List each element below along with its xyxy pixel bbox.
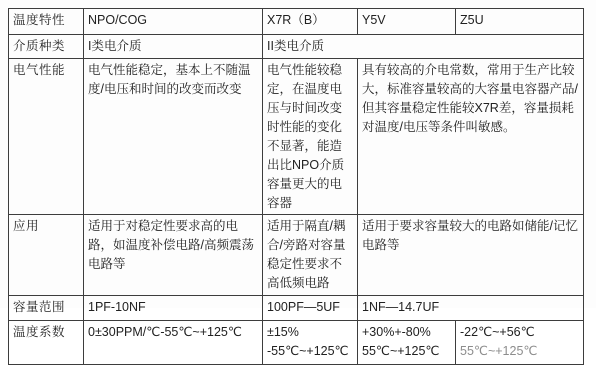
- coefficient-x7r-line2: -55℃~+125℃: [267, 342, 354, 361]
- cell-header-npo: NPO/COG: [84, 9, 263, 35]
- cell-coefficient-z5u: -22℃~+56℃ 55℃~+125℃: [456, 321, 584, 365]
- row-application: 应用 适用于对稳定性要求高的电路，如温度补偿电路/高频震荡电路等 适用于隔直/耦…: [9, 215, 584, 296]
- cell-performance-y5v-z5u: 具有较高的介电常数，常用于生产比较大，标准容量较高的大容量电容器产品/但其容量稳…: [358, 59, 584, 215]
- row-capacitance-range: 容量范围 1PF-10NF 100PF—5UF 1NF—14.7UF: [9, 296, 584, 321]
- coefficient-y5v-line1: +30%+-80%: [362, 323, 452, 342]
- capacitor-dielectric-spec-table: 温度特性 NPO/COG X7R（B） Y5V Z5U 介质种类 I类电介质 I…: [8, 8, 584, 365]
- coefficient-z5u-line1: -22℃~+56℃: [460, 323, 580, 342]
- coefficient-npo-line1: 0±30PPM/℃-55℃~+125℃: [88, 323, 259, 342]
- cell-class-1: I类电介质: [84, 35, 263, 59]
- row-dielectric-class: 介质种类 I类电介质 II类电介质: [9, 35, 584, 59]
- cell-coefficient-x7r: ±15% -55℃~+125℃: [263, 321, 358, 365]
- row-label-capacitance-range: 容量范围: [9, 296, 84, 321]
- row-label-application: 应用: [9, 215, 84, 296]
- cell-application-npo: 适用于对稳定性要求高的电路，如温度补偿电路/高频震荡电路等: [84, 215, 263, 296]
- cell-range-x7r: 100PF—5UF: [263, 296, 358, 321]
- cell-range-y5v-z5u: 1NF—14.7UF: [358, 296, 584, 321]
- row-temperature-coefficient: 温度系数 0±30PPM/℃-55℃~+125℃ ±15% -55℃~+125℃…: [9, 321, 584, 365]
- cell-application-x7r: 适用于隔直/耦合/旁路对容量稳定性要求不高低频电路: [263, 215, 358, 296]
- cell-application-y5v-z5u: 适用于要求容量较大的电路如储能/记忆电路等: [358, 215, 584, 296]
- cell-header-z5u: Z5U: [456, 9, 584, 35]
- row-label-electrical-performance: 电气性能: [9, 59, 84, 215]
- coefficient-y5v-line2: 55℃~+125℃: [362, 342, 452, 361]
- page-background: 温度特性 NPO/COG X7R（B） Y5V Z5U 介质种类 I类电介质 I…: [0, 0, 596, 308]
- coefficient-x7r-line1: ±15%: [267, 323, 354, 342]
- cell-range-npo: 1PF-10NF: [84, 296, 263, 321]
- cell-performance-npo: 电气性能稳定，基本上不随温度/电压和时间的改变而改变: [84, 59, 263, 215]
- cell-header-x7r: X7R（B）: [263, 9, 358, 35]
- row-temperature-characteristic: 温度特性 NPO/COG X7R（B） Y5V Z5U: [9, 9, 584, 35]
- row-label-temperature-characteristic: 温度特性: [9, 9, 84, 35]
- row-label-temperature-coefficient: 温度系数: [9, 321, 84, 365]
- cell-coefficient-y5v: +30%+-80% 55℃~+125℃: [358, 321, 456, 365]
- row-label-dielectric-class: 介质种类: [9, 35, 84, 59]
- cell-coefficient-npo: 0±30PPM/℃-55℃~+125℃: [84, 321, 263, 365]
- coefficient-z5u-line2: 55℃~+125℃: [460, 342, 580, 361]
- cell-header-y5v: Y5V: [358, 9, 456, 35]
- row-electrical-performance: 电气性能 电气性能稳定，基本上不随温度/电压和时间的改变而改变 电气性能较稳定，…: [9, 59, 584, 215]
- cell-class-2: II类电介质: [263, 35, 584, 59]
- cell-performance-x7r: 电气性能较稳定，在温度电压与时间改变时性能的变化不显著，能造出比NPO介质容量更…: [263, 59, 358, 215]
